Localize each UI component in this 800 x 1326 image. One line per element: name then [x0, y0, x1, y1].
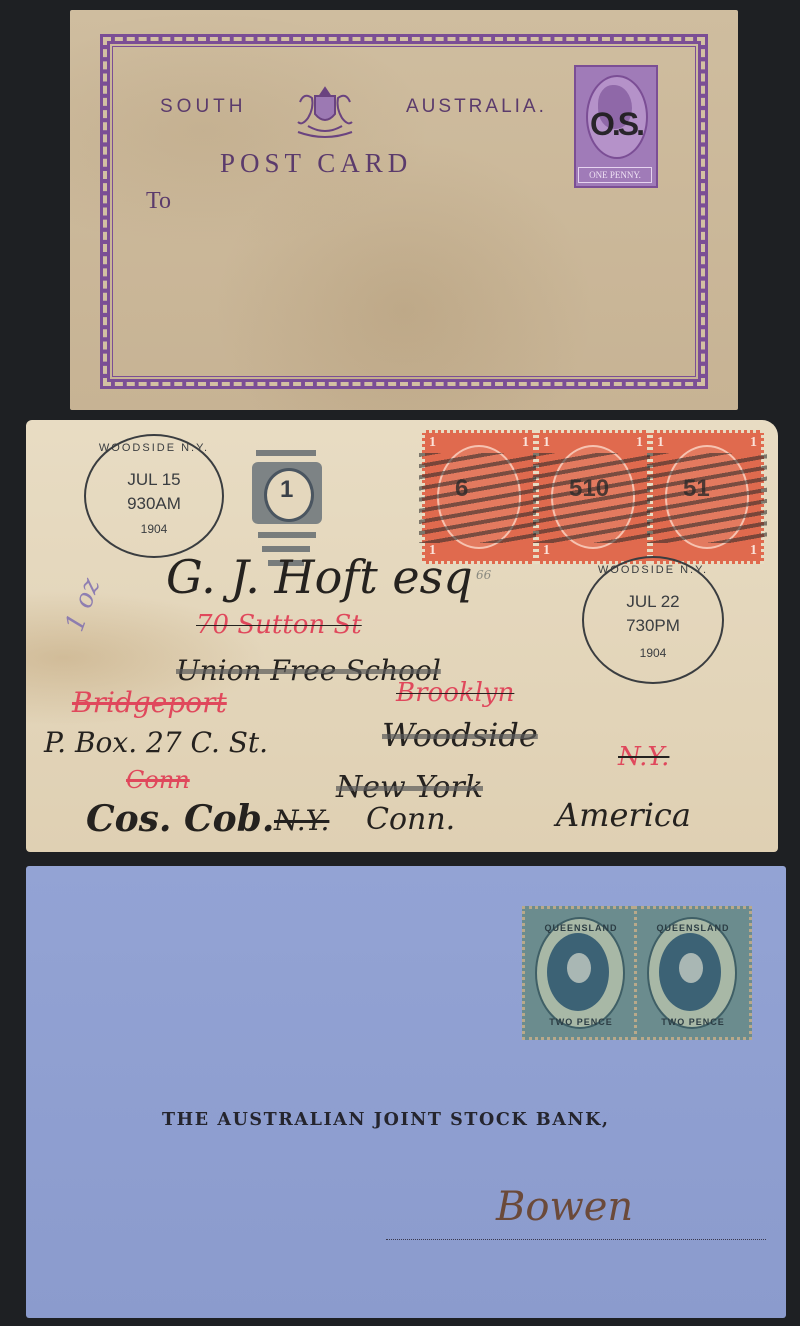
postmark-town: WOODSIDE N.Y.: [584, 564, 722, 576]
queen-portrait-icon: [567, 953, 591, 983]
postmark-time: 730PM: [584, 616, 722, 636]
south-australia-postcard: SOUTH AUSTRALIA. POST CARD To ONE PENNY.…: [70, 10, 738, 410]
queensland-1d-stamp: 1 1 1 510: [536, 430, 650, 564]
address-label: To: [146, 188, 171, 215]
note-66: 66: [476, 568, 491, 582]
bank-name: THE AUSTRALIAN JOINT STOCK BANK,: [162, 1110, 610, 1130]
woodside-postmark-1: WOODSIDE N.Y. JUL 15 930AM 1904: [84, 434, 224, 558]
po-box: P. Box. 27 C. St.: [44, 726, 268, 759]
postmark-time: 930AM: [86, 494, 222, 514]
postmark-year: 1904: [584, 646, 722, 660]
postcard-title: POST CARD: [220, 148, 412, 179]
postmark-date: JUL 22: [584, 592, 722, 612]
signature: Bowen: [496, 1184, 633, 1230]
crossed-ny: N.Y.: [274, 804, 329, 837]
postmark-year: 1904: [86, 522, 222, 536]
queen-portrait-icon: [679, 953, 703, 983]
cancel-number: 6: [455, 475, 468, 503]
forward-town: Cos. Cob.: [86, 798, 274, 840]
indicium-value: ONE PENNY.: [578, 167, 652, 183]
crossed-conn: Conn: [126, 766, 190, 794]
country: America: [556, 796, 691, 834]
bank-envelope: QUEENSLAND TWO PENCE QUEENSLAND TWO PENC…: [26, 866, 786, 1318]
state-new-york: New York: [336, 770, 483, 805]
queensland-2d-stamp: QUEENSLAND TWO PENCE: [522, 906, 640, 1040]
forward-state: Conn.: [366, 802, 455, 837]
addressee: G. J. Hoft esq: [166, 550, 473, 604]
os-overprint: O.S.: [590, 106, 642, 143]
postmark-town: WOODSIDE N.Y.: [86, 442, 222, 454]
crossed-state: N.Y.: [618, 742, 669, 772]
postcard-header-right: AUSTRALIA.: [406, 96, 547, 118]
crossed-city: Brooklyn: [396, 678, 514, 708]
violet-weight-note: 1 oz: [60, 574, 107, 635]
queensland-2d-stamp: QUEENSLAND TWO PENCE: [634, 906, 752, 1040]
queensland-1d-stamp: 1 1 1 51: [650, 430, 764, 564]
forwarded-cover: WOODSIDE N.Y. JUL 15 930AM 1904 1 1 1 1 …: [26, 420, 778, 852]
signature-line: [386, 1239, 766, 1240]
crossed-street: 70 Sutton St: [196, 610, 362, 640]
postcard-header-left: SOUTH: [160, 96, 247, 118]
cancel-number: 51: [683, 475, 710, 503]
queensland-1d-stamp: 1 1 1 6: [422, 430, 536, 564]
crossed-bridgeport: Bridgeport: [72, 686, 227, 719]
coat-of-arms-icon: [292, 82, 358, 142]
duplex-number: 1: [280, 476, 293, 504]
postmark-date: JUL 15: [86, 470, 222, 490]
woodside-postmark-2: WOODSIDE N.Y. JUL 22 730PM 1904: [582, 556, 724, 684]
forward-town-woodside: Woodside: [382, 716, 538, 754]
cancel-number: 510: [569, 475, 609, 503]
